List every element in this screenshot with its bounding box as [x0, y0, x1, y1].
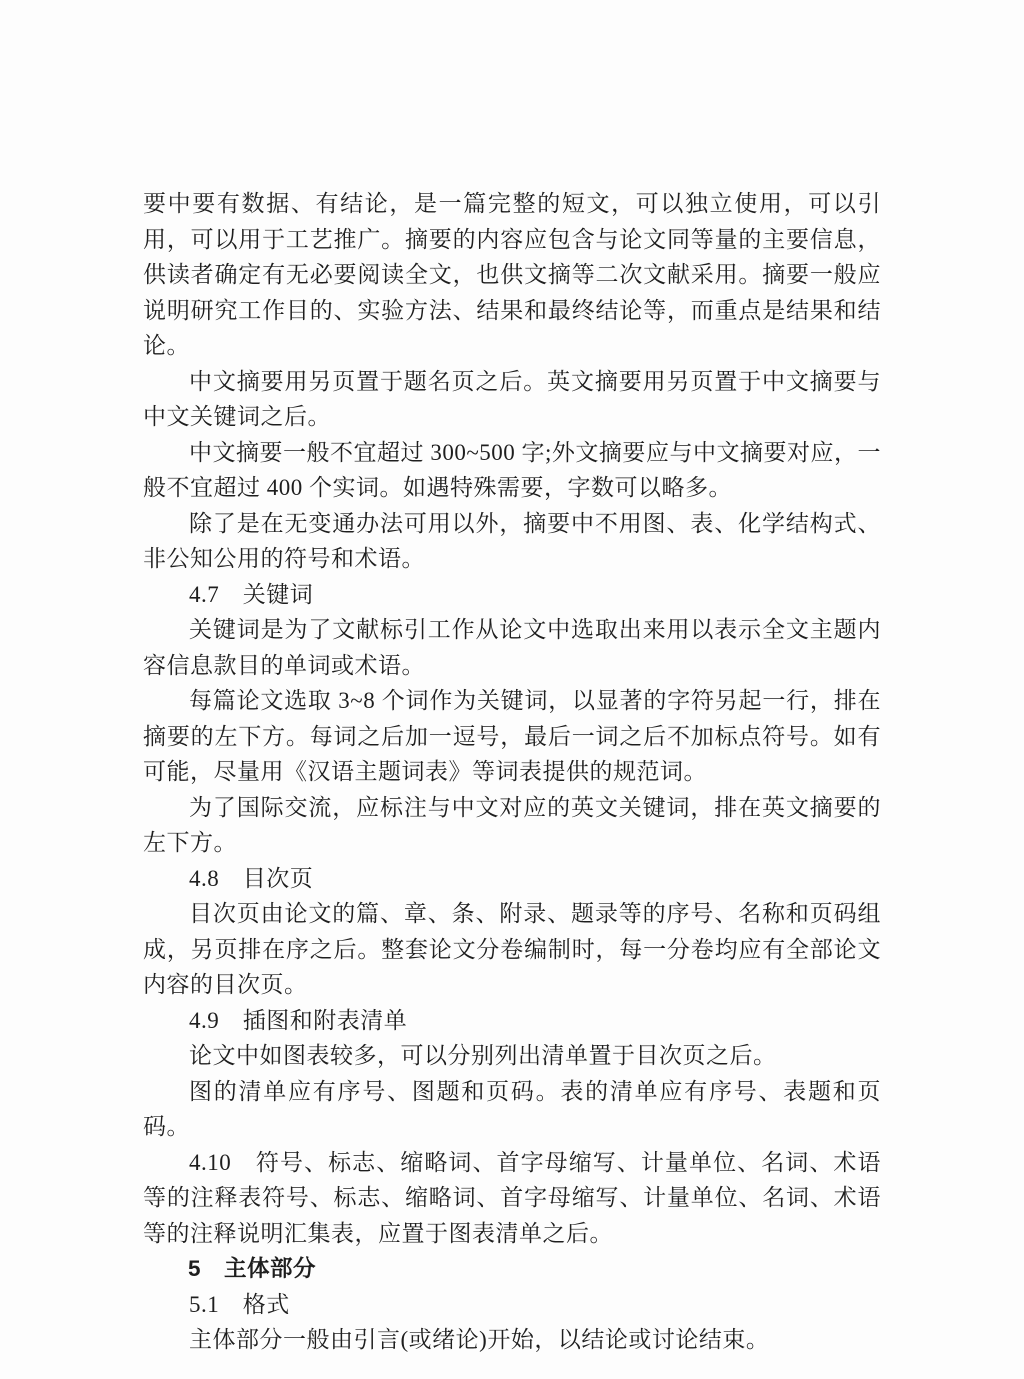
section-heading-4-9-figure-table-lists: 4.9 插图和附表清单	[143, 1003, 881, 1039]
paragraph-keywords-english: 为了国际交流，应标注与中文对应的英文关键词，排在英文摘要的左下方。	[143, 790, 881, 861]
paragraph-abstract-requirements-continued: 要中要有数据、有结论，是一篇完整的短文，可以独立使用，可以引用，可以用于工艺推广…	[143, 186, 881, 364]
document-page: 要中要有数据、有结论，是一篇完整的短文，可以独立使用，可以引用，可以用于工艺推广…	[0, 0, 1024, 1379]
paragraph-abstract-length: 中文摘要一般不宜超过 300~500 字;外文摘要应与中文摘要对应，一般不宜超过…	[143, 435, 881, 506]
paragraph-main-body-format: 主体部分一般由引言(或绪论)开始，以结论或讨论结束。	[143, 1322, 881, 1358]
paragraph-abstract-placement: 中文摘要用另页置于题名页之后。英文摘要用另页置于中文摘要与中文关键词之后。	[143, 364, 881, 435]
paragraph-abstract-symbols: 除了是在无变通办法可用以外，摘要中不用图、表、化学结构式、非公知公用的符号和术语…	[143, 506, 881, 577]
page-text-block: 要中要有数据、有结论，是一篇完整的短文，可以独立使用，可以引用，可以用于工艺推广…	[143, 186, 881, 1358]
paragraph-figure-table-lists: 论文中如图表较多，可以分别列出清单置于目次页之后。	[143, 1038, 881, 1074]
section-heading-4-7-keywords: 4.7 关键词	[143, 577, 881, 613]
section-heading-5-main-body: 5 主体部分	[143, 1251, 881, 1287]
paragraph-keywords-definition: 关键词是为了文献标引工作从论文中选取出来用以表示全文主题内容信息款目的单词或术语…	[143, 612, 881, 683]
paragraph-keywords-selection: 每篇论文选取 3~8 个词作为关键词，以显著的字符另起一行，排在摘要的左下方。每…	[143, 683, 881, 790]
paragraph-contents-page: 目次页由论文的篇、章、条、附录、题录等的序号、名称和页码组成，另页排在序之后。整…	[143, 896, 881, 1003]
section-heading-5-1-format: 5.1 格式	[143, 1287, 881, 1323]
paragraph-4-10-notation-table: 4.10 符号、标志、缩略词、首字母缩写、计量单位、名词、术语等的注释表符号、标…	[143, 1145, 881, 1252]
section-heading-4-8-contents-page: 4.8 目次页	[143, 861, 881, 897]
paragraph-list-numbering: 图的清单应有序号、图题和页码。表的清单应有序号、表题和页码。	[143, 1074, 881, 1145]
